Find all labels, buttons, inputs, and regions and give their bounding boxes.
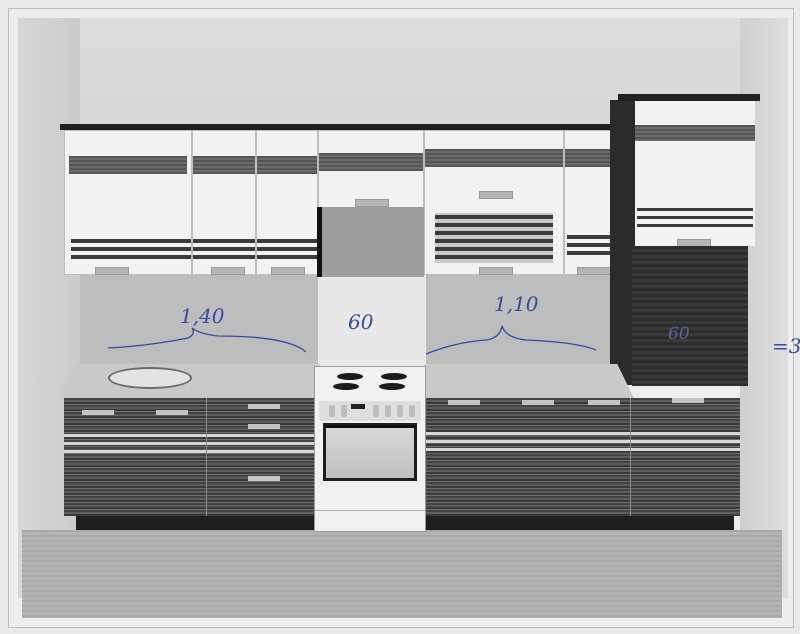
upper-cabinet-2 bbox=[192, 130, 256, 275]
upper-cabinet-1 bbox=[64, 130, 192, 275]
drawer-handle bbox=[248, 424, 280, 429]
base-cabinets-right bbox=[426, 398, 740, 516]
drawer-handle bbox=[248, 476, 280, 481]
drawer-handle bbox=[248, 404, 280, 409]
stove-display bbox=[351, 404, 365, 409]
plinth-right bbox=[426, 516, 734, 530]
drawer-handle bbox=[82, 410, 114, 415]
dimension-right-section: 1,10 bbox=[494, 292, 539, 316]
brace-right-section bbox=[426, 322, 598, 356]
drawer-handle bbox=[588, 400, 620, 405]
cabinet-handle bbox=[577, 267, 611, 275]
cabinet-handle bbox=[479, 191, 513, 199]
upper-cabinet-over-hood bbox=[318, 130, 424, 208]
floor bbox=[22, 530, 782, 618]
oven-door[interactable] bbox=[323, 423, 417, 481]
cabinet-handle bbox=[271, 267, 305, 275]
stove-knob[interactable] bbox=[397, 405, 403, 417]
drawer-handle bbox=[672, 398, 704, 403]
burner bbox=[381, 373, 407, 380]
burner bbox=[337, 373, 363, 380]
drawer-handle bbox=[522, 400, 554, 405]
dimension-tall-cabinet: 60 bbox=[668, 324, 690, 344]
upper-cabinet-4 bbox=[424, 130, 564, 275]
cabinet-handle bbox=[355, 199, 389, 207]
stove-knob[interactable] bbox=[341, 405, 347, 417]
electric-stove bbox=[314, 366, 426, 532]
cabinet-handle bbox=[95, 267, 129, 275]
tall-cabinet-top bbox=[618, 94, 760, 101]
brace-left-section bbox=[108, 324, 308, 354]
drawer-handle bbox=[156, 410, 188, 415]
range-hood bbox=[320, 207, 424, 277]
oven-handle[interactable] bbox=[325, 425, 415, 428]
countertop-right bbox=[424, 364, 634, 398]
upper-cabinet-3 bbox=[256, 130, 318, 275]
cabinet-handle bbox=[479, 267, 513, 275]
burner bbox=[379, 383, 405, 390]
tall-cabinet-upper-door bbox=[635, 101, 755, 246]
tall-cabinet-lower-section bbox=[632, 246, 748, 386]
stove-knob[interactable] bbox=[373, 405, 379, 417]
dimension-total: =3, bbox=[772, 334, 800, 358]
base-cabinets-left bbox=[64, 398, 316, 516]
sink bbox=[108, 367, 192, 389]
cabinet-handle bbox=[211, 267, 245, 275]
stove-knob[interactable] bbox=[385, 405, 391, 417]
range-hood-edge bbox=[317, 207, 322, 277]
stove-knob[interactable] bbox=[409, 405, 415, 417]
dimension-stove: 60 bbox=[348, 310, 373, 334]
stove-knob[interactable] bbox=[329, 405, 335, 417]
plinth-left bbox=[76, 516, 316, 530]
burner bbox=[333, 383, 359, 390]
drawer-handle bbox=[448, 400, 480, 405]
stove-drawer-line bbox=[315, 510, 425, 511]
